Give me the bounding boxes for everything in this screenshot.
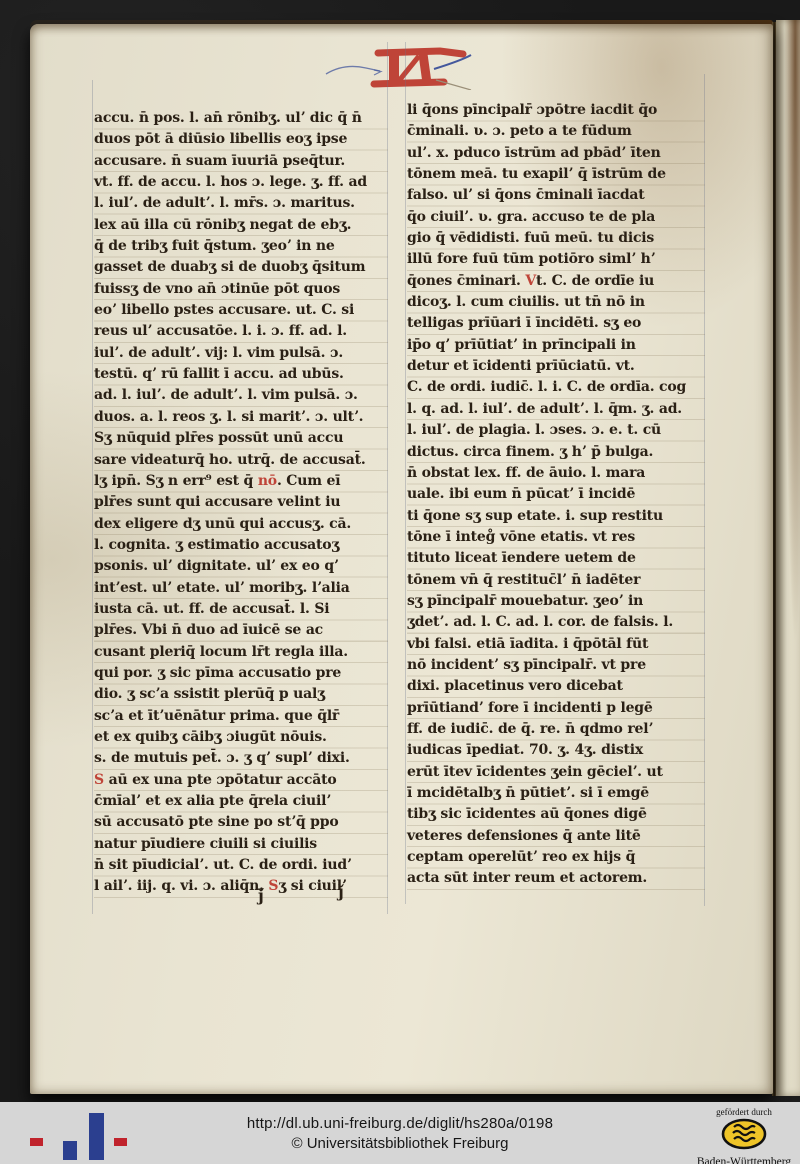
manuscript-line: accu. n̄ pos. l. an̄ rōnibʒ. ulʼ dic q̄… [94,108,388,129]
quire-mark: ǰ [258,886,264,905]
manuscript-line: tōnem vn̄ q̄ restituc̄lʼ n̄ iadēter [407,570,705,591]
manuscript-line: sū accusatō pte sine po stʼq̄ ppo [94,812,388,833]
digitized-manuscript-view: accu. n̄ pos. l. an̄ rōnibʒ. ulʼ dic q̄… [0,0,800,1164]
manuscript-line: veteres defensiones q̄ ante litē [407,826,705,847]
manuscript-line: uale. ibi eum n̄ pūcatʼ ī incidē [407,484,705,505]
manuscript-line: nō incidentʼ sʒ pīncipalr̄. vt pre [407,655,705,676]
manuscript-line: l. iulʼ. de adultʼ. l. mr̄s. ɔ. maritus. [94,193,388,214]
caption-text: http://dl.ub.uni-freiburg.de/diglit/hs28… [0,1102,800,1164]
manuscript-line: ʒdetʼ. ad. l. C. ad. l. cor. de falsis. … [407,612,705,633]
manuscript-line: l. q. ad. l. iulʼ. de adultʼ. l. q̄m. ʒ.… [407,399,705,420]
ruling-line [92,80,93,914]
manuscript-line: ceptam operelūtʼ reo ex hijs q̄ [407,847,705,868]
manuscript-line: prīūtiandʼ fore ī incidenti p legē [407,698,705,719]
manuscript-line: sare videaturq̄ ho. utrq̄. de accusat̄. [94,450,388,471]
source-url: http://dl.ub.uni-freiburg.de/diglit/hs28… [247,1115,553,1132]
manuscript-line: n̄ sit pīudicialʼ. ut. C. de ordi. iudʼ [94,855,388,876]
manuscript-line: plr̄es sunt qui accusare velint iu [94,492,388,513]
manuscript-line: ad. l. iulʼ. de adultʼ. l. vim pulsā. ɔ… [94,385,388,406]
manuscript-line: ti q̄one sʒ sup etate. i. sup restitu [407,506,705,527]
manuscript-line: dicoʒ. l. cum ciuilis. ut tn̄ nō in [407,292,705,313]
manuscript-line: ulʼ. x. pduco īstrūm ad pbādʼ īten [407,143,705,164]
manuscript-line: q̄o ciuilʼ. ʋ. gra. accuso te de pla [407,207,705,228]
manuscript-line: lex aū illa cū rōnibʒ negat de ebʒ. [94,215,388,236]
manuscript-line: sʒ pīncipalr̄ mouebatur. ʒeoʼ in [407,591,705,612]
manuscript-line: tōnem meā. tu exapilʼ q̄ īstrūm de [407,164,705,185]
manuscript-line: gio q̄ vēdidisti. fuū meū. tu dicis [407,228,705,249]
manuscript-line: accusare. n̄ suam īuuriā pseq̄tur. [94,151,388,172]
manuscript-line: ff. de iudic̄. de q̄. re. n̄ qdmo relʼ [407,719,705,740]
photo-background: accu. n̄ pos. l. an̄ rōnibʒ. ulʼ dic q̄… [0,0,800,1102]
manuscript-line: tituto liceat īendere uetem de [407,548,705,569]
manuscript-line: q̄ de tribʒ fuit q̄stum. ʒeoʼ in ne [94,236,388,257]
manuscript-line: c̄mīalʼ et ex alia pte q̄rela ciuilʼ [94,791,388,812]
manuscript-line: lʒ ipn̄. Sʒ n err⁹ est q̄ nō. Cum eī [94,471,388,492]
manuscript-line: C. de ordi. iudic̄. l. i. C. de ordīa. … [407,377,705,398]
manuscript-line: iudicas īpediat. 70. ʒ. 4ʒ. distix [407,740,705,761]
manuscript-line: reus ulʼ accusatōe. l. i. ɔ. ff. ad. l. [94,321,388,342]
manuscript-line: et ex quibʒ cāibʒ ɔiugūt nōuis. [94,727,388,748]
manuscript-line: s. de mutuis pet̄. ɔ. ʒ qʼ suplʼ dixi. [94,748,388,769]
funding-block: gefördert durch Baden-Württemberg [690,1107,798,1164]
manuscript-page: accu. n̄ pos. l. an̄ rōnibʒ. ulʼ dic q̄… [30,24,773,1094]
manuscript-line: cusant pleriq̄ locum lr̄t regla illa. [94,642,388,663]
manuscript-line: dictus. circa finem. ʒ hʼ p̄ bulga. [407,442,705,463]
ruling-line [405,42,406,904]
manuscript-line: S aū ex una pte ɔpōtatur accāto [94,770,388,791]
funding-label: gefördert durch [690,1107,798,1117]
manuscript-line: psonis. ulʼ dignitate. ulʼ ex eo qʼ [94,556,388,577]
manuscript-line: natur pīudiere ciuili si ciuilis [94,834,388,855]
manuscript-line: acta sūt inter reum et actorem. [407,868,705,889]
manuscript-line: dio. ʒ scʼa ssistit plerūq̄ p ualʒ [94,684,388,705]
manuscript-line: telligas prīūari ī īncidēti. sʒ eo [407,313,705,334]
manuscript-right-column: li q̄ons pīncipalr̄ ɔpōtre iacdit q̄oc… [407,100,705,890]
manuscript-line: qui por. ʒ sic pīma accusatio pre [94,663,388,684]
manuscript-line: tōne ī integ̊ vōne etatis. vt res [407,527,705,548]
caption-bar: http://dl.ub.uni-freiburg.de/diglit/hs28… [0,1102,800,1164]
manuscript-line: duos. a. l. reos ʒ. l. si maritʼ. ɔ. ult… [94,407,388,428]
manuscript-line: falso. ulʼ si q̄ons c̄minali īacdat [407,185,705,206]
manuscript-line: eoʼ libello pstes accusare. ut. C. si [94,300,388,321]
manuscript-line: fuissʒ de vno an̄ ɔtinūe pōt quos [94,279,388,300]
manuscript-line: Sʒ nūquid plr̄es possūt unū accu [94,428,388,449]
manuscript-line: l. cognita. ʒ estimatio accusatoʒ [94,535,388,556]
funding-region: Baden-Württemberg [690,1156,798,1164]
manuscript-left-column: accu. n̄ pos. l. an̄ rōnibʒ. ulʼ dic q̄… [94,108,388,898]
manuscript-line: iulʼ. de adultʼ. vij: l. vim pulsā. ɔ. [94,343,388,364]
manuscript-line: tibʒ sic īcidentes aū q̄ones digē [407,804,705,825]
manuscript-line: gasset de duabʒ si de duobʒ q̄situm [94,257,388,278]
manuscript-line: dixi. placetinus vero dicebat [407,676,705,697]
facing-page-edge [776,20,800,1096]
manuscript-line: testū. qʼ rū fallit ī accu. ad ubūs. [94,364,388,385]
manuscript-line: duos pōt ā diūsio libellis eoʒ ipse [94,129,388,150]
manuscript-line: ī mcidētalbʒ n̄ pūtietʼ. si ī emgē [407,783,705,804]
manuscript-line: plr̄es. Vbi n̄ duo ad īuicē se ac [94,620,388,641]
rubric-paraph-icon [322,44,472,90]
manuscript-line: dex eligere dʒ unū qui accusʒ. cā. [94,514,388,535]
copyright-line: © Universitätsbibliothek Freiburg [292,1135,509,1152]
manuscript-line: scʼa et ītʼuēnātur prima. que q̄lr̄ [94,706,388,727]
manuscript-line: q̄ones c̄minari. Vt. C. de ordīe iu [407,271,705,292]
manuscript-line: erūt ītev īcidentes ʒein gēcielʼ. ut [407,762,705,783]
manuscript-line: detur et īcidenti prīūciatū. vt. [407,356,705,377]
manuscript-line: vt. ff. de accu. l. hos ɔ. lege. ʒ. ff. … [94,172,388,193]
manuscript-line: ip̄o qʼ prīūtiatʼ in prīncipali in [407,335,705,356]
manuscript-line: intʼest. ulʼ etate. ulʼ moribʒ. lʼalia [94,578,388,599]
manuscript-line: illū fore fuū tūm potiōro simlʼ hʼ [407,249,705,270]
baden-wuerttemberg-arms-icon [721,1118,767,1150]
manuscript-line: n̄ obstat lex. ff. de āuio. l. mara [407,463,705,484]
manuscript-line: l. iulʼ. de plagia. l. ɔses. ɔ. e. t. cu… [407,420,705,441]
manuscript-line: li q̄ons pīncipalr̄ ɔpōtre iacdit q̄o [407,100,705,121]
manuscript-line: c̄minali. ʋ. ɔ. peto a te fūdum [407,121,705,142]
quire-mark: ǰ [338,882,344,901]
manuscript-line: iusta cā. ut. ff. de accusat̄. l. Si [94,599,388,620]
manuscript-line: vbi falsi. etiā īadita. i q̄pōtāl fu… [407,634,705,655]
